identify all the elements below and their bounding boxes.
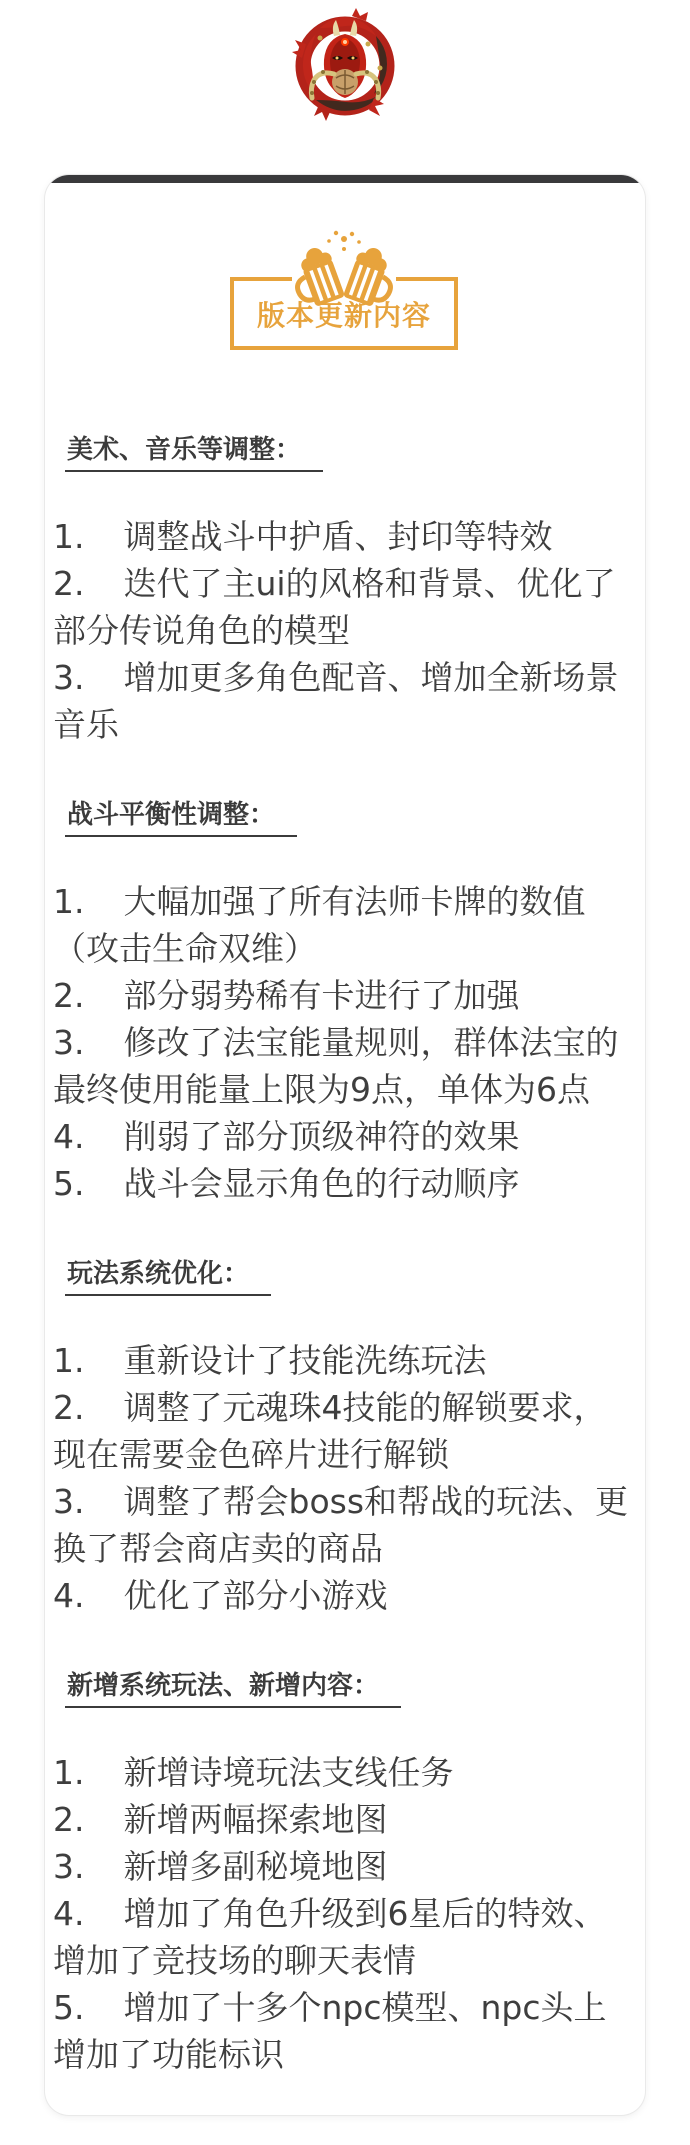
section-heading: 新增系统玩法、新增内容： [65,1666,635,1706]
section-gameplay-optimization: 玩法系统优化： 1.重新设计了技能洗练玩法 2.调整了元魂珠4技能的解锁要求，现… [53,1254,635,1619]
list-item: 4.增加了角色升级到6星后的特效、增加了竞技场的聊天表情 [53,1890,635,1984]
list-item: 2.新增两幅探索地图 [53,1796,635,1843]
list-item: 1.调整战斗中护盾、封印等特效 [53,513,635,560]
section-heading: 战斗平衡性调整： [65,795,635,835]
list-item: 2.迭代了主ui的风格和背景、优化了部分传说角色的模型 [53,560,635,654]
section-heading: 美术、音乐等调整： [65,430,635,470]
list-item: 5.增加了十多个npc模型、npc头上增加了功能标识 [53,1984,635,2078]
list-item: 3.增加更多角色配音、增加全新场景音乐 [53,654,635,748]
card-top-accent-bar [45,175,645,183]
title-badge-wrap: 版本更新内容 [53,277,635,350]
beer-mugs-cheers-icon [294,227,394,331]
update-notes-card: 版本更新内容 美术、音乐等调整： 1.调整战斗中护盾、封印等特效 2.迭代了主u… [45,175,645,2115]
list-item: 4.削弱了部分顶级神符的效果 [53,1113,635,1160]
list-item: 1.重新设计了技能洗练玩法 [53,1337,635,1384]
card-body: 版本更新内容 美术、音乐等调整： 1.调整战斗中护盾、封印等特效 2.迭代了主u… [45,277,645,2102]
list-item: 3.修改了法宝能量规则，群体法宝的最终使用能量上限为9点，单体为6点 [53,1019,635,1113]
list-item: 3.新增多副秘境地图 [53,1843,635,1890]
title-badge: 版本更新内容 [230,277,458,350]
section-battle-balance: 战斗平衡性调整： 1.大幅加强了所有法师卡牌的数值（攻击生命双维） 2.部分弱势… [53,795,635,1207]
list-item: 2.调整了元魂珠4技能的解锁要求，现在需要金色碎片进行解锁 [53,1384,635,1478]
header-logo-area [0,0,690,175]
list-item: 5.战斗会显示角色的行动顺序 [53,1160,635,1207]
list-item: 2.部分弱势稀有卡进行了加强 [53,972,635,1019]
section-new-content: 新增系统玩法、新增内容： 1.新增诗境玩法支线任务 2.新增两幅探索地图 3.新… [53,1666,635,2078]
list-item: 4.优化了部分小游戏 [53,1572,635,1619]
section-heading: 玩法系统优化： [65,1254,635,1294]
list-item: 1.新增诗境玩法支线任务 [53,1749,635,1796]
list-item: 3.调整了帮会boss和帮战的玩法、更换了帮会商店卖的商品 [53,1478,635,1572]
list-item: 1.大幅加强了所有法师卡牌的数值（攻击生命双维） [53,878,635,972]
section-art-music: 美术、音乐等调整： 1.调整战斗中护盾、封印等特效 2.迭代了主ui的风格和背景… [53,430,635,748]
dragon-emblem-icon [290,8,400,122]
